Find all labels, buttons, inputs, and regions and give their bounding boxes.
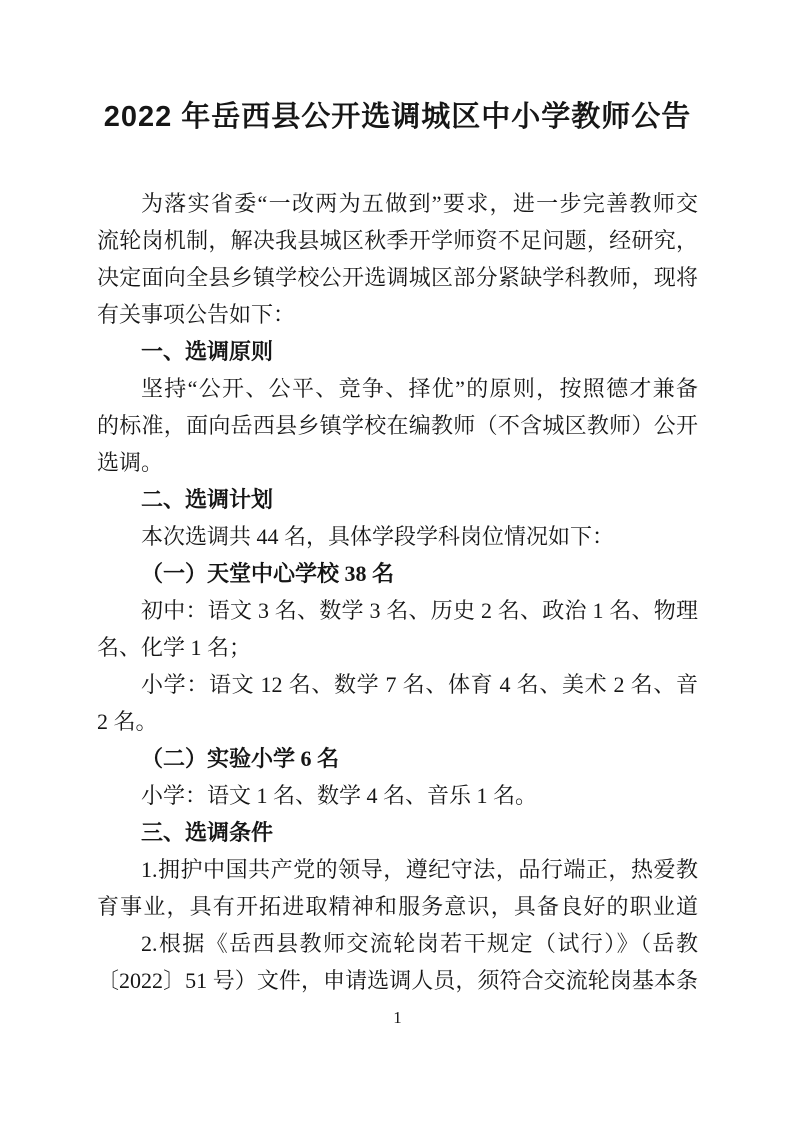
document-title: 2022 年岳西县公开选调城区中小学教师公告 [97, 97, 698, 137]
intro-line: 为落实省委“一改两为五做到”要求，进一步完善教师交 [97, 185, 698, 222]
subsection-heading-tiantang-school: （一）天堂中心学校 38 名 [97, 555, 698, 592]
body-line: 〔2022〕51 号）文件，申请选调人员，须符合交流轮岗基本条 [97, 962, 698, 999]
section-heading-plan: 二、选调计划 [97, 481, 698, 518]
body-line: 本次选调共 44 名，具体学段学科岗位情况如下： [97, 518, 698, 555]
body-line: 名、化学 1 名； [97, 629, 698, 666]
body-line: 的标准，面向岳西县乡镇学校在编教师（不含城区教师）公开 [97, 407, 698, 444]
document-body: 为落实省委“一改两为五做到”要求，进一步完善教师交 流轮岗机制，解决我县城区秋季… [97, 185, 698, 999]
body-line: 初中：语文 3 名、数学 3 名、历史 2 名、政治 1 名、物理 1 [97, 592, 698, 629]
body-line: 2 名。 [97, 703, 698, 740]
body-line: 育事业，具有开拓进取精神和服务意识，具备良好的职业道德； [97, 888, 698, 925]
body-line: 1.拥护中国共产党的领导，遵纪守法，品行端正，热爱教 [97, 851, 698, 888]
document-page: 2022 年岳西县公开选调城区中小学教师公告 为落实省委“一改两为五做到”要求，… [0, 0, 793, 1122]
subsection-heading-experimental-primary: （二）实验小学 6 名 [97, 740, 698, 777]
intro-line: 决定面向全县乡镇学校公开选调城区部分紧缺学科教师，现将 [97, 259, 698, 296]
intro-line: 有关事项公告如下： [97, 296, 698, 333]
body-line: 小学：语文 12 名、数学 7 名、体育 4 名、美术 2 名、音乐 [97, 666, 698, 703]
body-line: 选调。 [97, 444, 698, 481]
intro-line: 流轮岗机制，解决我县城区秋季开学师资不足问题，经研究， [97, 222, 698, 259]
section-heading-conditions: 三、选调条件 [97, 814, 698, 851]
body-line: 2.根据《岳西县教师交流轮岗若干规定（试行）》（岳教 [97, 925, 698, 962]
body-line: 小学：语文 1 名、数学 4 名、音乐 1 名。 [97, 777, 698, 814]
section-heading-principles: 一、选调原则 [97, 333, 698, 370]
body-line: 坚持“公开、公平、竞争、择优”的原则，按照德才兼备 [97, 370, 698, 407]
page-number: 1 [97, 999, 698, 1036]
